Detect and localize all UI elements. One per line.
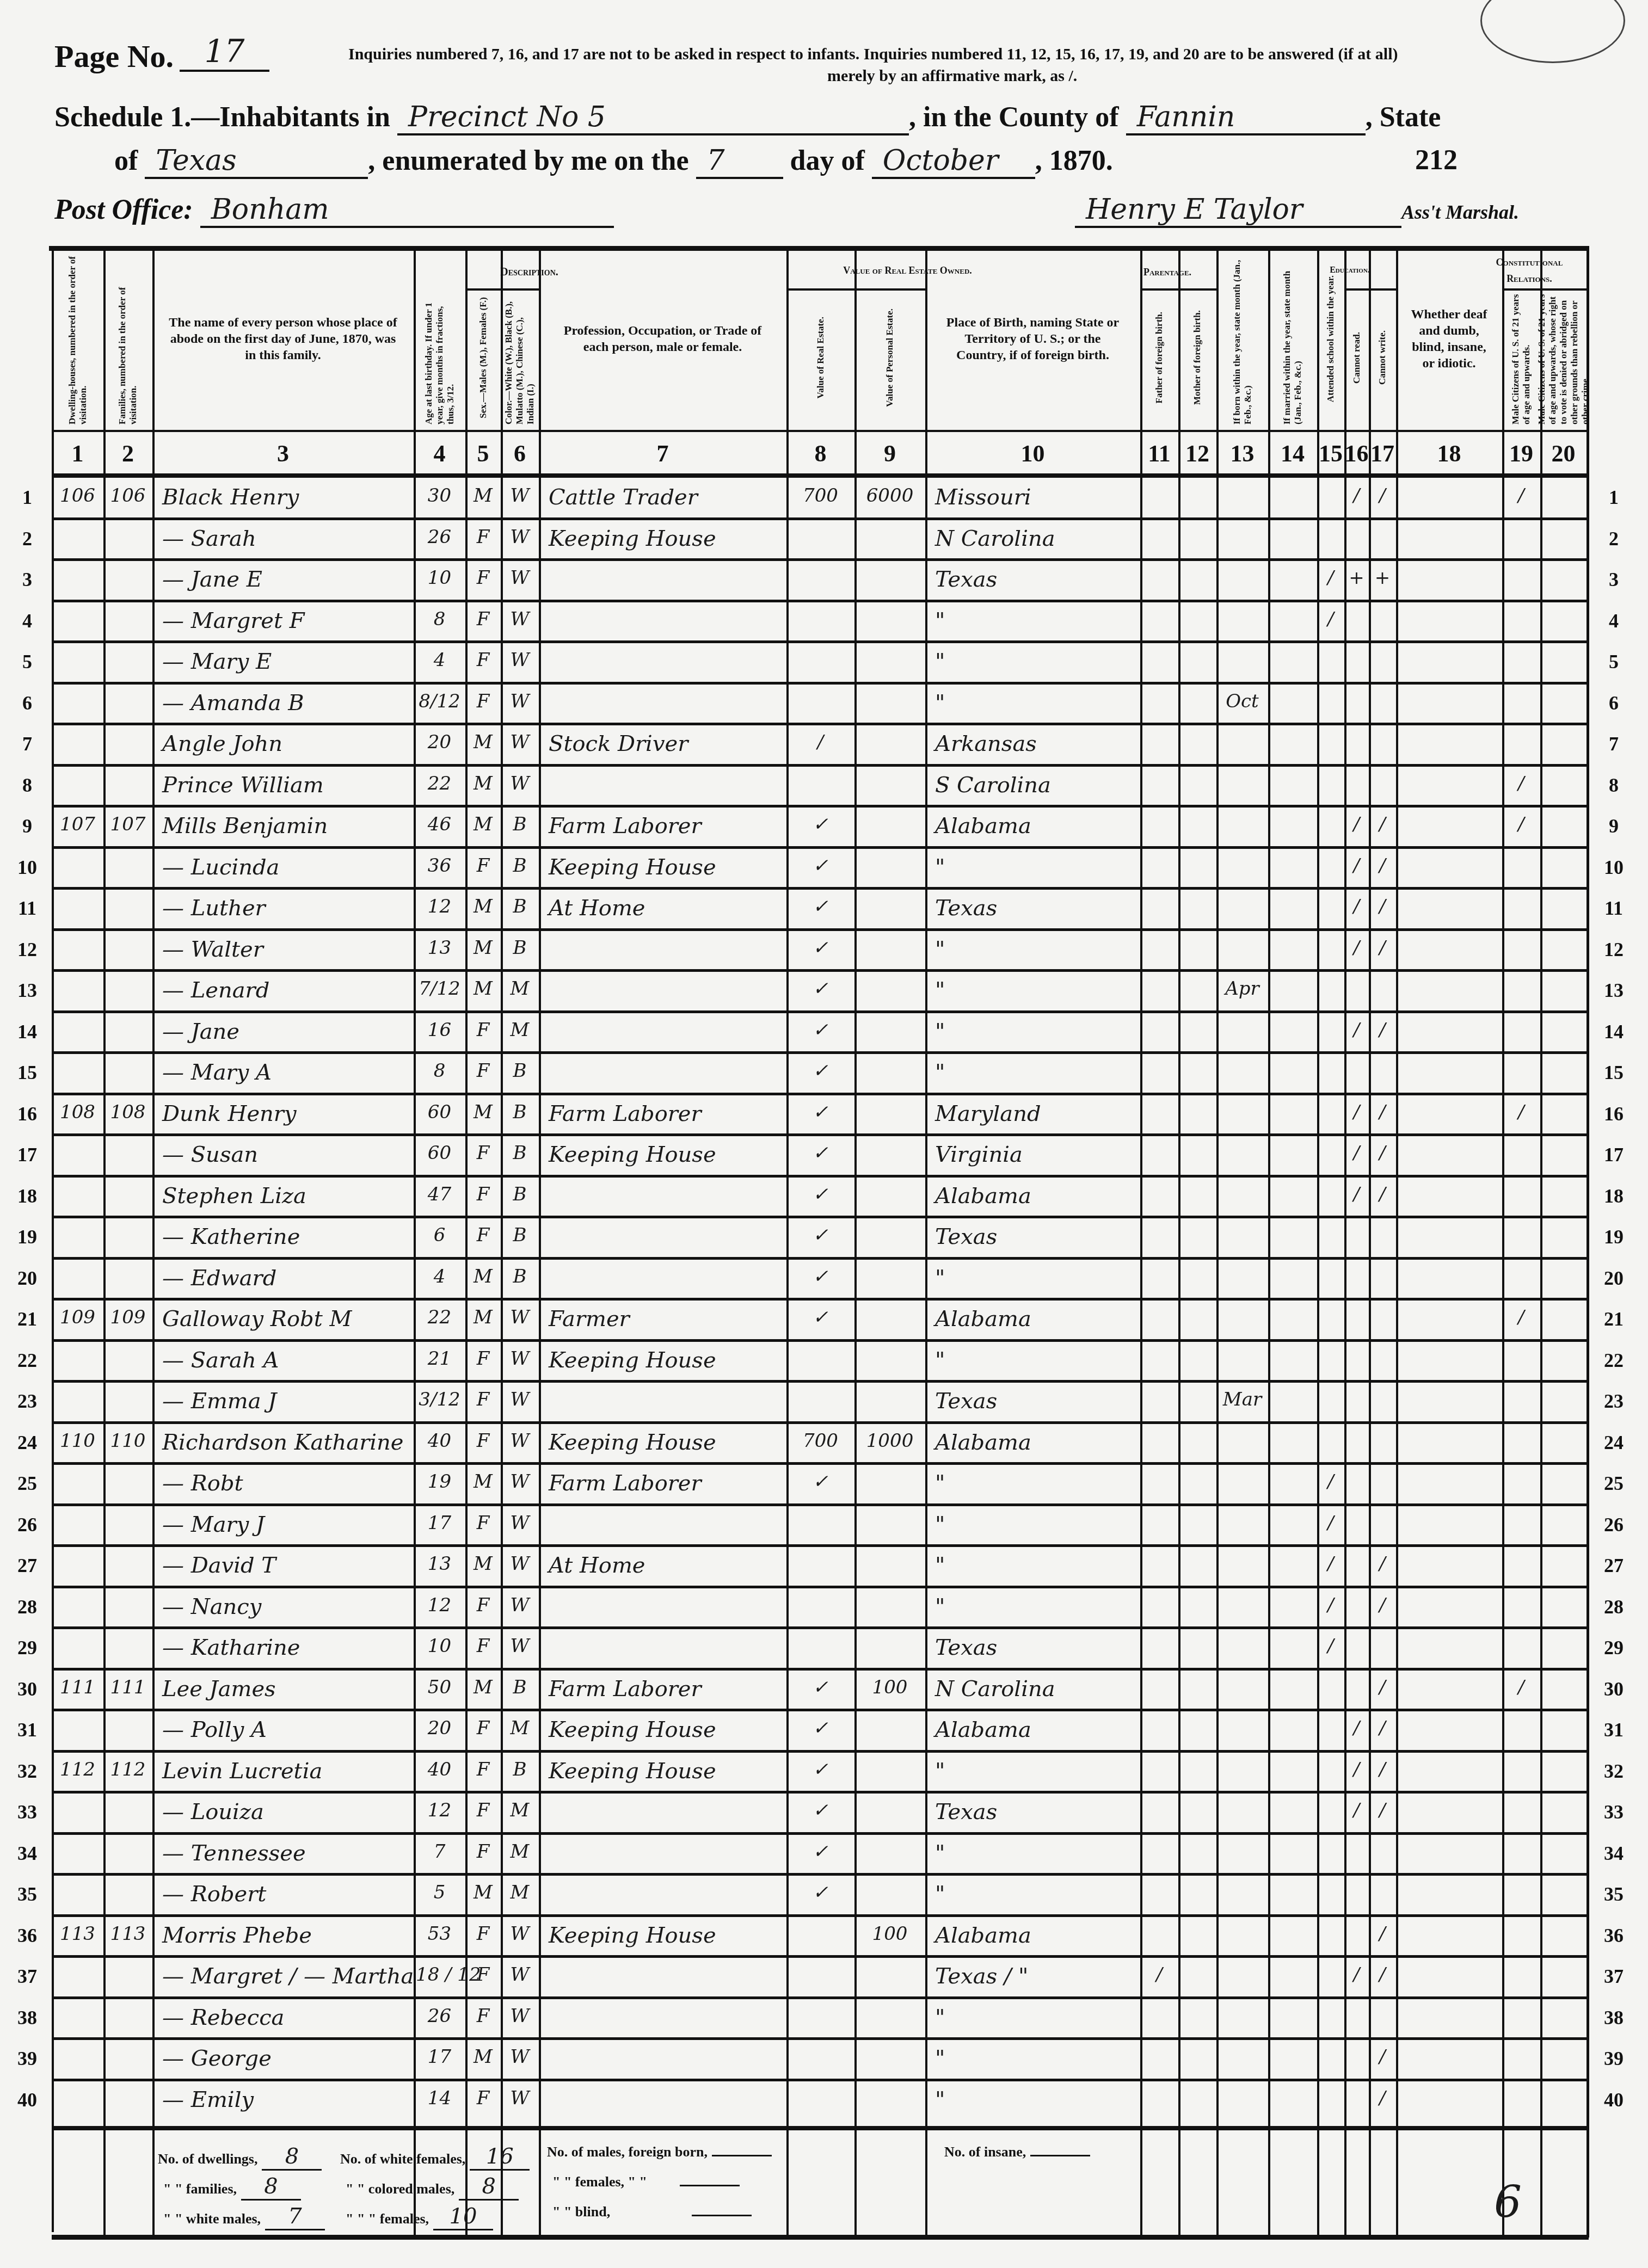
column-number-7: 7 [539, 440, 786, 467]
row-number-left: 17 [11, 1143, 44, 1166]
row-number-left: 34 [11, 1842, 44, 1865]
cell-age: 50 [416, 1677, 463, 1698]
row-number-left: 11 [11, 897, 44, 920]
cell-sex: F [468, 1799, 499, 1821]
cell-birthplace: " [927, 1471, 1146, 1496]
enumeration-line: of Texas, enumerated by me on the 7 day … [114, 144, 1475, 179]
cell-sex: F [468, 1923, 499, 1945]
day-of-label: day of [790, 145, 865, 176]
cell-family: 113 [106, 1923, 150, 1945]
cell-birthplace: " [927, 1882, 1146, 1907]
cell-occupation: Keeping House [541, 1717, 792, 1742]
cell-age: 3/12 [416, 1389, 463, 1410]
cell-sex: F [468, 1430, 499, 1452]
cell-sex: M [468, 1553, 499, 1575]
row-number-left: 13 [11, 979, 44, 1002]
cell-age: 46 [416, 813, 463, 835]
cell-birthplace: Alabama [927, 1717, 1146, 1742]
cell-color: B [503, 1142, 537, 1164]
cell-dwelling: 109 [54, 1306, 101, 1328]
group-header-parentage: Parentage. [1129, 256, 1206, 288]
column-header-13: If born within the year, state month (Ja… [1219, 253, 1266, 424]
cell-read: + [1346, 567, 1367, 589]
cell-birthplace: Alabama [927, 1430, 1146, 1455]
cell-name: — Tennessee [155, 1841, 419, 1866]
group-header-education: Education. [1325, 251, 1374, 289]
cell-name: Lee James [155, 1677, 419, 1702]
county-field: Fannin [1126, 101, 1366, 135]
cell-sex: F [468, 2087, 499, 2109]
blind-count [692, 2215, 752, 2216]
row-number-left: 27 [11, 1554, 44, 1577]
cell-real: ✓ [789, 1799, 852, 1821]
state-field: Texas [145, 144, 368, 179]
column-header-17: Cannot write. [1371, 291, 1394, 424]
white-females-count: 16 [470, 2144, 530, 2171]
cell-occupation: Stock Driver [541, 731, 792, 756]
row-number-left: 23 [11, 1390, 44, 1413]
row-divider [52, 1914, 1586, 1917]
cell-sex: F [468, 649, 499, 671]
row-number-right: 29 [1597, 1636, 1630, 1659]
row-number-left: 37 [11, 1965, 44, 1988]
cell-age: 17 [416, 1512, 463, 1534]
cell-birthplace: " [927, 691, 1146, 716]
column-header-11: Father of foreign birth. [1142, 291, 1176, 424]
cell-color: B [503, 937, 537, 959]
cell-read: / [1346, 1142, 1367, 1164]
column-header-16: Cannot read. [1346, 291, 1367, 424]
cell-real: ✓ [789, 1677, 852, 1698]
cell-birthplace: Texas [927, 1389, 1146, 1414]
cell-sex: F [468, 526, 499, 548]
column-header-label: Whether deaf and dumb, blind, insane, or… [1398, 306, 1500, 372]
row-number-right: 9 [1597, 815, 1630, 837]
row-number-left: 9 [11, 815, 44, 837]
column-header-9: Value of Personal Estate. [857, 291, 923, 424]
cell-sex: F [468, 1635, 499, 1657]
cell-color: M [503, 1717, 537, 1739]
cell-occupation: Keeping House [541, 1430, 792, 1455]
column-header-label: If born within the year, state month (Ja… [1232, 253, 1253, 424]
column-number-20: 20 [1540, 440, 1586, 467]
cell-color: M [503, 1882, 537, 1903]
cell-birthplace: " [927, 1553, 1146, 1578]
row-number-right: 30 [1597, 1678, 1630, 1700]
column-header-label: If married within the year, state month … [1282, 253, 1303, 424]
cell-birthplace: " [927, 1348, 1146, 1373]
row-divider [52, 1093, 1586, 1095]
cell-age: 22 [416, 773, 463, 794]
enumerated-label: , enumerated by me on the [368, 145, 688, 176]
cell-birthplace: S Carolina [927, 773, 1146, 798]
cell-write: / [1371, 2046, 1394, 2068]
cell-read: / [1346, 1799, 1367, 1821]
cell-sex: F [468, 1019, 499, 1041]
cell-name: — Margret F [155, 608, 419, 633]
row-divider [52, 1955, 1586, 1958]
cell-write: / [1371, 813, 1394, 835]
cell-name: — David T [155, 1553, 419, 1578]
row-divider [52, 969, 1586, 972]
cell-real: ✓ [789, 855, 852, 877]
column-number-19: 19 [1502, 440, 1540, 467]
cell-family: 108 [106, 1101, 150, 1123]
column-header-label: Father of foreign birth. [1154, 312, 1165, 403]
of-label: of [114, 145, 138, 176]
cell-dwelling: 106 [54, 485, 101, 507]
cell-name: — Robt [155, 1471, 419, 1496]
column-header-label: Age at last birthday. If under 1 year, g… [423, 291, 456, 424]
cell-write: / [1371, 1923, 1394, 1945]
cell-name: — Margret / — Martha [155, 1964, 419, 1989]
row-divider [52, 640, 1586, 643]
row-number-left: 31 [11, 1718, 44, 1741]
cell-real: ✓ [789, 1759, 852, 1780]
cell-color: B [503, 1060, 537, 1082]
column-header-label: Cannot write. [1377, 330, 1388, 385]
row-number-right: 8 [1597, 774, 1630, 797]
cell-personal: 100 [857, 1923, 923, 1945]
row-number-right: 31 [1597, 1718, 1630, 1741]
cell-school: / [1319, 567, 1342, 589]
foreign-males-count [712, 2155, 772, 2156]
cell-birthplace: " [927, 2005, 1146, 2030]
row-number-right: 1 [1597, 486, 1630, 509]
state-label: , State [1366, 102, 1441, 133]
row-number-left: 16 [11, 1102, 44, 1125]
margin-mark: 6 [1494, 2177, 1522, 2227]
county-label: , in the County of [909, 102, 1119, 133]
cell-citizen: / [1504, 485, 1538, 507]
row-number-right: 6 [1597, 692, 1630, 714]
row-divider [52, 1051, 1586, 1054]
cell-color: M [503, 978, 537, 1000]
cell-age: 8 [416, 608, 463, 630]
column-header-label: Value of Personal Estate. [884, 309, 895, 407]
post-office-line: Post Office: Bonham [54, 193, 614, 228]
cell-birthplace: Texas / " [927, 1964, 1146, 1989]
row-number-left: 39 [11, 2047, 44, 2070]
column-number-10: 10 [925, 440, 1140, 467]
cell-age: 60 [416, 1142, 463, 1164]
cell-birthplace: " [927, 1759, 1146, 1784]
cell-color: B [503, 1759, 537, 1780]
column-header-14: If married within the year, state month … [1270, 253, 1315, 424]
cell-occupation: Keeping House [541, 1348, 792, 1373]
cell-age: 7/12 [416, 978, 463, 1000]
row-number-right: 3 [1597, 568, 1630, 591]
row-number-left: 40 [11, 2088, 44, 2111]
row-number-right: 38 [1597, 2006, 1630, 2029]
cell-real: ✓ [789, 1101, 852, 1123]
cell-birthplace: " [927, 1060, 1146, 1085]
row-number-right: 21 [1597, 1308, 1630, 1330]
column-number-5: 5 [465, 440, 501, 467]
instructions-notice: Inquiries numbered 7, 16, and 17 are not… [348, 44, 1600, 87]
cell-school: / [1319, 1553, 1342, 1575]
cell-real: ✓ [789, 813, 852, 835]
cell-write: / [1371, 1594, 1394, 1616]
column-header-8: Value of Real Estate. [789, 291, 852, 424]
cell-sex: M [468, 1306, 499, 1328]
cell-name: — Mary E [155, 649, 419, 674]
cell-occupation: Keeping House [541, 526, 792, 551]
cell-dwelling: 108 [54, 1101, 101, 1123]
footer-white-males: " " white males,7 [163, 2204, 325, 2230]
column-header-label: Profession, Occupation, or Trade of each… [541, 323, 784, 355]
post-office-field: Bonham [200, 193, 614, 228]
cell-color: M [503, 1841, 537, 1863]
cell-color: W [503, 649, 537, 671]
cell-age: 14 [416, 2087, 463, 2109]
row-divider [52, 1544, 1586, 1547]
cell-birthplace: Virginia [927, 1142, 1146, 1167]
cell-birthplace: N Carolina [927, 1677, 1146, 1702]
cell-color: W [503, 1553, 537, 1575]
cell-birthplace: " [927, 608, 1146, 633]
column-header-label: Attended school within the year. [1325, 275, 1336, 402]
post-office-label: Post Office: [54, 194, 193, 225]
cell-sex: F [468, 1184, 499, 1205]
cell-write: / [1371, 1142, 1394, 1164]
cell-sex: F [468, 567, 499, 589]
cell-read: / [1346, 855, 1367, 877]
cell-name: — Mary A [155, 1060, 419, 1085]
schedule-label: Schedule 1.—Inhabitants in [54, 102, 390, 133]
row-divider [52, 887, 1586, 890]
cell-name: — Louiza [155, 1799, 419, 1825]
row-divider [52, 682, 1586, 685]
cell-name: Levin Lucretia [155, 1759, 419, 1784]
cell-family: 107 [106, 813, 150, 835]
cell-name: — Katherine [155, 1224, 419, 1249]
row-number-right: 11 [1597, 897, 1630, 920]
column-header-label: Mother of foreign birth. [1192, 310, 1203, 405]
cell-sex: F [468, 1841, 499, 1863]
cell-sex: M [468, 485, 499, 507]
footer-foreign-females: " " females, " " [552, 2174, 740, 2190]
cell-sex: M [468, 1101, 499, 1123]
row-number-left: 36 [11, 1924, 44, 1947]
row-number-right: 18 [1597, 1185, 1630, 1207]
cell-sex: M [468, 773, 499, 794]
division-field: Precinct No 5 [397, 101, 909, 135]
cell-write: / [1371, 1759, 1394, 1780]
row-number-right: 40 [1597, 2088, 1630, 2111]
cell-occupation: Farm Laborer [541, 1101, 792, 1126]
row-divider [52, 1462, 1586, 1465]
cell-sex: M [468, 978, 499, 1000]
row-number-left: 25 [11, 1472, 44, 1495]
cell-age: 40 [416, 1759, 463, 1780]
cell-name: — Jane [155, 1019, 419, 1044]
cell-occupation: Farm Laborer [541, 1677, 792, 1702]
cell-name: — Lenard [155, 978, 419, 1003]
row-number-left: 18 [11, 1185, 44, 1207]
cell-occupation: Keeping House [541, 855, 792, 880]
cell-name: — Emily [155, 2087, 419, 2112]
row-divider [52, 600, 1586, 602]
cell-color: W [503, 731, 537, 753]
row-number-left: 10 [11, 856, 44, 879]
column-header-20: Male Citizens of U. S. of 21 years of ag… [1542, 291, 1584, 424]
group-header-value-estate: Value of Real Estate Owned. [838, 251, 977, 289]
cell-color: M [503, 1799, 537, 1821]
cell-real: ✓ [789, 1224, 852, 1246]
cell-occupation: Farmer [541, 1306, 792, 1332]
column-header-19: Male Citizens of U. S. of 21 years of ag… [1504, 291, 1538, 424]
row-number-right: 16 [1597, 1102, 1630, 1125]
year-label: , 1870. [1035, 145, 1113, 176]
cell-name: — Sarah [155, 526, 419, 551]
cell-birthplace: Alabama [927, 1306, 1146, 1332]
cell-read: / [1346, 937, 1367, 959]
cell-birthplace: " [927, 937, 1146, 962]
cell-color: W [503, 1306, 537, 1328]
row-number-right: 19 [1597, 1225, 1630, 1248]
cell-read: / [1346, 1717, 1367, 1739]
row-number-left: 12 [11, 938, 44, 961]
cell-real: ✓ [789, 1717, 852, 1739]
row-number-left: 22 [11, 1349, 44, 1372]
column-number-18: 18 [1396, 440, 1502, 467]
cell-color: W [503, 1389, 537, 1410]
cell-dwelling: 110 [54, 1430, 101, 1452]
cell-color: W [503, 1512, 537, 1534]
row-number-right: 36 [1597, 1924, 1630, 1947]
column-number-6: 6 [501, 440, 539, 467]
row-divider [52, 2079, 1586, 2081]
cell-family: 111 [106, 1677, 150, 1698]
row-number-left: 2 [11, 527, 44, 550]
row-number-right: 5 [1597, 650, 1630, 673]
column-header-label: Families, numbered in the order of visit… [117, 253, 139, 424]
cell-age: 60 [416, 1101, 463, 1123]
cell-birthplace: Missouri [927, 485, 1146, 510]
row-divider [52, 928, 1586, 931]
cell-write: / [1371, 485, 1394, 507]
cell-name: — Robert [155, 1882, 419, 1907]
cell-age: 26 [416, 526, 463, 548]
cell-sex: F [468, 608, 499, 630]
cell-color: W [503, 691, 537, 712]
cell-real: ✓ [789, 1266, 852, 1287]
row-number-left: 29 [11, 1636, 44, 1659]
cell-school: / [1319, 1635, 1342, 1657]
row-number-right: 4 [1597, 609, 1630, 632]
cell-write: / [1371, 937, 1394, 959]
cell-age: 17 [416, 2046, 463, 2068]
cell-name: — Mary J [155, 1512, 419, 1537]
cell-birthplace: Texas [927, 1635, 1146, 1660]
row-divider [52, 1832, 1586, 1835]
cell-read: / [1346, 813, 1367, 835]
cell-color: W [503, 1594, 537, 1616]
row-number-right: 2 [1597, 527, 1630, 550]
white-males-count: 7 [265, 2204, 325, 2230]
column-header-label: Place of Birth, naming State or Territor… [927, 315, 1138, 363]
cell-name: — Edward [155, 1266, 419, 1291]
row-number-right: 26 [1597, 1513, 1630, 1536]
column-header-1: Dwelling-houses, numbered in the order o… [54, 253, 101, 424]
cell-dwelling: 113 [54, 1923, 101, 1945]
cell-real: ✓ [789, 937, 852, 959]
cell-color: W [503, 2005, 537, 2027]
cell-write: / [1371, 1964, 1394, 1986]
column-divider [1396, 248, 1398, 2236]
row-number-right: 39 [1597, 2047, 1630, 2070]
cell-color: B [503, 1677, 537, 1698]
cell-sex: M [468, 937, 499, 959]
cell-occupation: Keeping House [541, 1923, 792, 1948]
cell-name: — Susan [155, 1142, 419, 1167]
column-divider [1268, 248, 1270, 2236]
cell-sex: M [468, 2046, 499, 2068]
cell-name: — Rebecca [155, 2005, 419, 2030]
column-header-3: The name of every person whose place of … [155, 253, 411, 424]
cell-color: W [503, 1923, 537, 1945]
cell-name: — Sarah A [155, 1348, 419, 1373]
cell-real: ✓ [789, 1184, 852, 1205]
column-number-8: 8 [786, 440, 854, 467]
cell-sex: F [468, 1717, 499, 1739]
cell-real: ✓ [789, 1841, 852, 1863]
column-header-label: Dwelling-houses, numbered in the order o… [67, 253, 89, 424]
cell-name: — Polly A [155, 1717, 419, 1742]
column-header-12: Mother of foreign birth. [1180, 291, 1214, 424]
cell-age: 40 [416, 1430, 463, 1452]
cell-father_foreign: / [1142, 1964, 1176, 1986]
foreign-females-count [680, 2185, 740, 2186]
cell-family: 109 [106, 1306, 150, 1328]
cell-birthplace: " [927, 649, 1146, 674]
page-number: 17 [180, 33, 269, 72]
cell-citizen: / [1504, 1677, 1538, 1698]
row-divider [52, 1996, 1586, 1999]
row-number-left: 24 [11, 1431, 44, 1454]
cell-color: B [503, 855, 537, 877]
cell-color: W [503, 485, 537, 507]
footer-blind: " " blind, [552, 2204, 752, 2220]
cell-write: / [1371, 896, 1394, 917]
cell-name: Dunk Henry [155, 1101, 419, 1126]
cell-sex: F [468, 691, 499, 712]
row-number-left: 30 [11, 1678, 44, 1700]
row-divider [52, 1133, 1586, 1136]
row-divider [52, 1010, 1586, 1013]
table-right-border [1586, 246, 1589, 2238]
column-number-2: 2 [103, 440, 152, 467]
row-number-left: 21 [11, 1308, 44, 1330]
cell-color: B [503, 896, 537, 917]
cell-name: Black Henry [155, 485, 419, 510]
cell-family: 110 [106, 1430, 150, 1452]
cell-real: ✓ [789, 1019, 852, 1041]
row-divider [52, 1626, 1586, 1629]
cell-sex: F [468, 855, 499, 877]
header-divider [52, 430, 1589, 432]
cell-occupation: Keeping House [541, 1759, 792, 1784]
cell-name: Stephen Liza [155, 1184, 419, 1209]
column-header-4: Age at last birthday. If under 1 year, g… [416, 291, 463, 424]
colored-males-count: 8 [459, 2174, 519, 2201]
row-divider [52, 1421, 1586, 1424]
group-header-constitutional: Constitutional Relations. [1472, 251, 1586, 289]
cell-age: 30 [416, 485, 463, 507]
cell-write: / [1371, 855, 1394, 877]
cell-occupation: At Home [541, 1553, 792, 1578]
